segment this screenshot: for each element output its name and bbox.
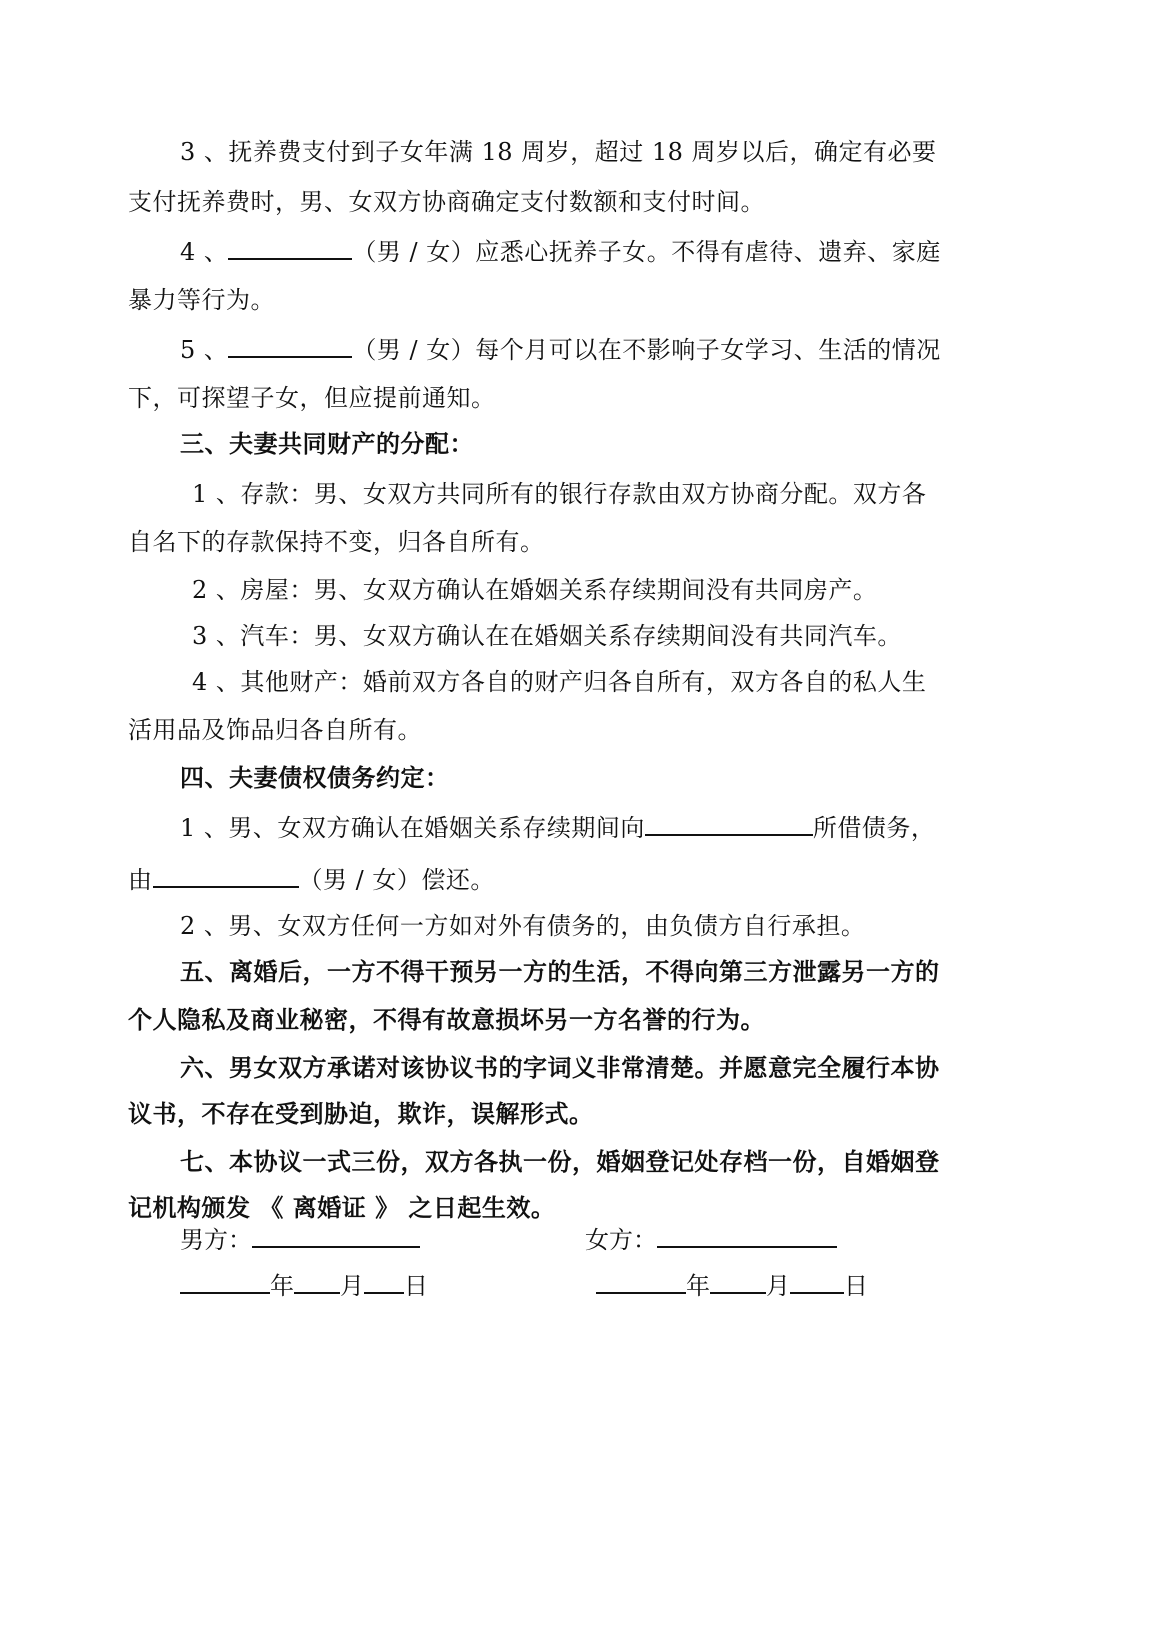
year-label: 年 (270, 1272, 294, 1300)
section-5-line-1: 五、离婚后，一方不得干预另一方的生活，不得向第三方泄露另一方的 (180, 952, 940, 992)
clause-4-number: 4 、 (180, 238, 228, 266)
month-label: 月 (766, 1272, 790, 1300)
property-1-line-2: 自名下的存款保持不变，归各自所有。 (128, 522, 545, 562)
male-date-row: 年月日 (180, 1264, 428, 1306)
month-label: 月 (340, 1272, 364, 1300)
section-3-heading: 三、夫妻共同财产的分配： (180, 424, 474, 464)
female-date-row: 年月日 (596, 1264, 868, 1306)
female-signature-blank[interactable] (657, 1218, 837, 1248)
property-3: 3 、汽车：男、女双方确认在在婚姻关系存续期间没有共同汽车。 (192, 616, 902, 656)
clause-3-line-2: 支付抚养费时，男、女双方协商确定支付数额和支付时间。 (128, 182, 765, 222)
male-year-blank[interactable] (180, 1264, 270, 1294)
debt-1-by: 由 (128, 866, 153, 894)
clause-4-line-1: 4 、（男 / 女）应悉心抚养子女。不得有虐待、遗弃、家庭 (180, 230, 941, 270)
male-month-blank[interactable] (294, 1264, 340, 1294)
day-label: 日 (404, 1272, 428, 1300)
section-6-line-2: 议书，不存在受到胁迫，欺诈，误解形式。 (128, 1094, 594, 1134)
debt-1-line-2: 由（男 / 女）偿还。 (128, 858, 495, 898)
section-5-line-2: 个人隐私及商业秘密，不得有故意损坏另一方名誉的行为。 (128, 1000, 765, 1040)
section-6-line-1: 六、男女双方承诺对该协议书的字词义非常清楚。并愿意完全履行本协 (180, 1048, 940, 1088)
section-7-line-1: 七、本协议一式三份，双方各执一份，婚姻登记处存档一份，自婚姻登 (180, 1142, 940, 1182)
property-1-line-1: 1 、存款：男、女双方共同所有的银行存款由双方协商分配。双方各 (192, 474, 926, 514)
clause-5-line-2: 下，可探望子女，但应提前通知。 (128, 378, 496, 418)
male-label: 男方： (180, 1226, 252, 1254)
male-signature-row: 男方： (180, 1218, 420, 1260)
clause-5-text: （男 / 女）每个月可以在不影响子女学习、生活的情况 (352, 336, 940, 364)
creditor-blank[interactable] (645, 806, 813, 836)
female-year-blank[interactable] (596, 1264, 686, 1294)
female-signature-row: 女方： (585, 1218, 837, 1260)
property-2: 2 、房屋：男、女双方确认在婚姻关系存续期间没有共同房产。 (192, 570, 877, 610)
clause-4-text: （男 / 女）应悉心抚养子女。不得有虐待、遗弃、家庭 (352, 238, 940, 266)
female-day-blank[interactable] (790, 1264, 844, 1294)
clause-5-blank[interactable] (228, 328, 352, 358)
repayer-blank[interactable] (153, 858, 299, 888)
debt-1-text-end: 所借债务， (813, 814, 936, 842)
debt-2: 2 、男、女双方任何一方如对外有债务的，由负债方自行承担。 (180, 906, 865, 946)
female-month-blank[interactable] (710, 1264, 766, 1294)
clause-5-number: 5 、 (180, 336, 228, 364)
male-day-blank[interactable] (364, 1264, 404, 1294)
clause-4-line-2: 暴力等行为。 (128, 280, 275, 320)
clause-3-line-1: 3 、抚养费支付到子女年满 18 周岁，超过 18 周岁以后，确定有必要 (180, 132, 937, 172)
debt-1-line-1: 1 、男、女双方确认在婚姻关系存续期间向所借债务， (180, 806, 935, 846)
female-label: 女方： (585, 1226, 657, 1254)
male-signature-blank[interactable] (252, 1218, 420, 1248)
property-4-line-2: 活用品及饰品归各自所有。 (128, 710, 422, 750)
debt-1-text: 1 、男、女双方确认在婚姻关系存续期间向 (180, 814, 645, 842)
day-label: 日 (844, 1272, 868, 1300)
clause-5-line-1: 5 、（男 / 女）每个月可以在不影响子女学习、生活的情况 (180, 328, 941, 368)
property-4-line-1: 4 、其他财产：婚前双方各自的财产归各自所有，双方各自的私人生 (192, 662, 926, 702)
clause-4-blank[interactable] (228, 230, 352, 260)
year-label: 年 (686, 1272, 710, 1300)
section-4-heading: 四、夫妻债权债务约定： (180, 758, 450, 798)
debt-1-repay-text: （男 / 女）偿还。 (299, 866, 495, 894)
